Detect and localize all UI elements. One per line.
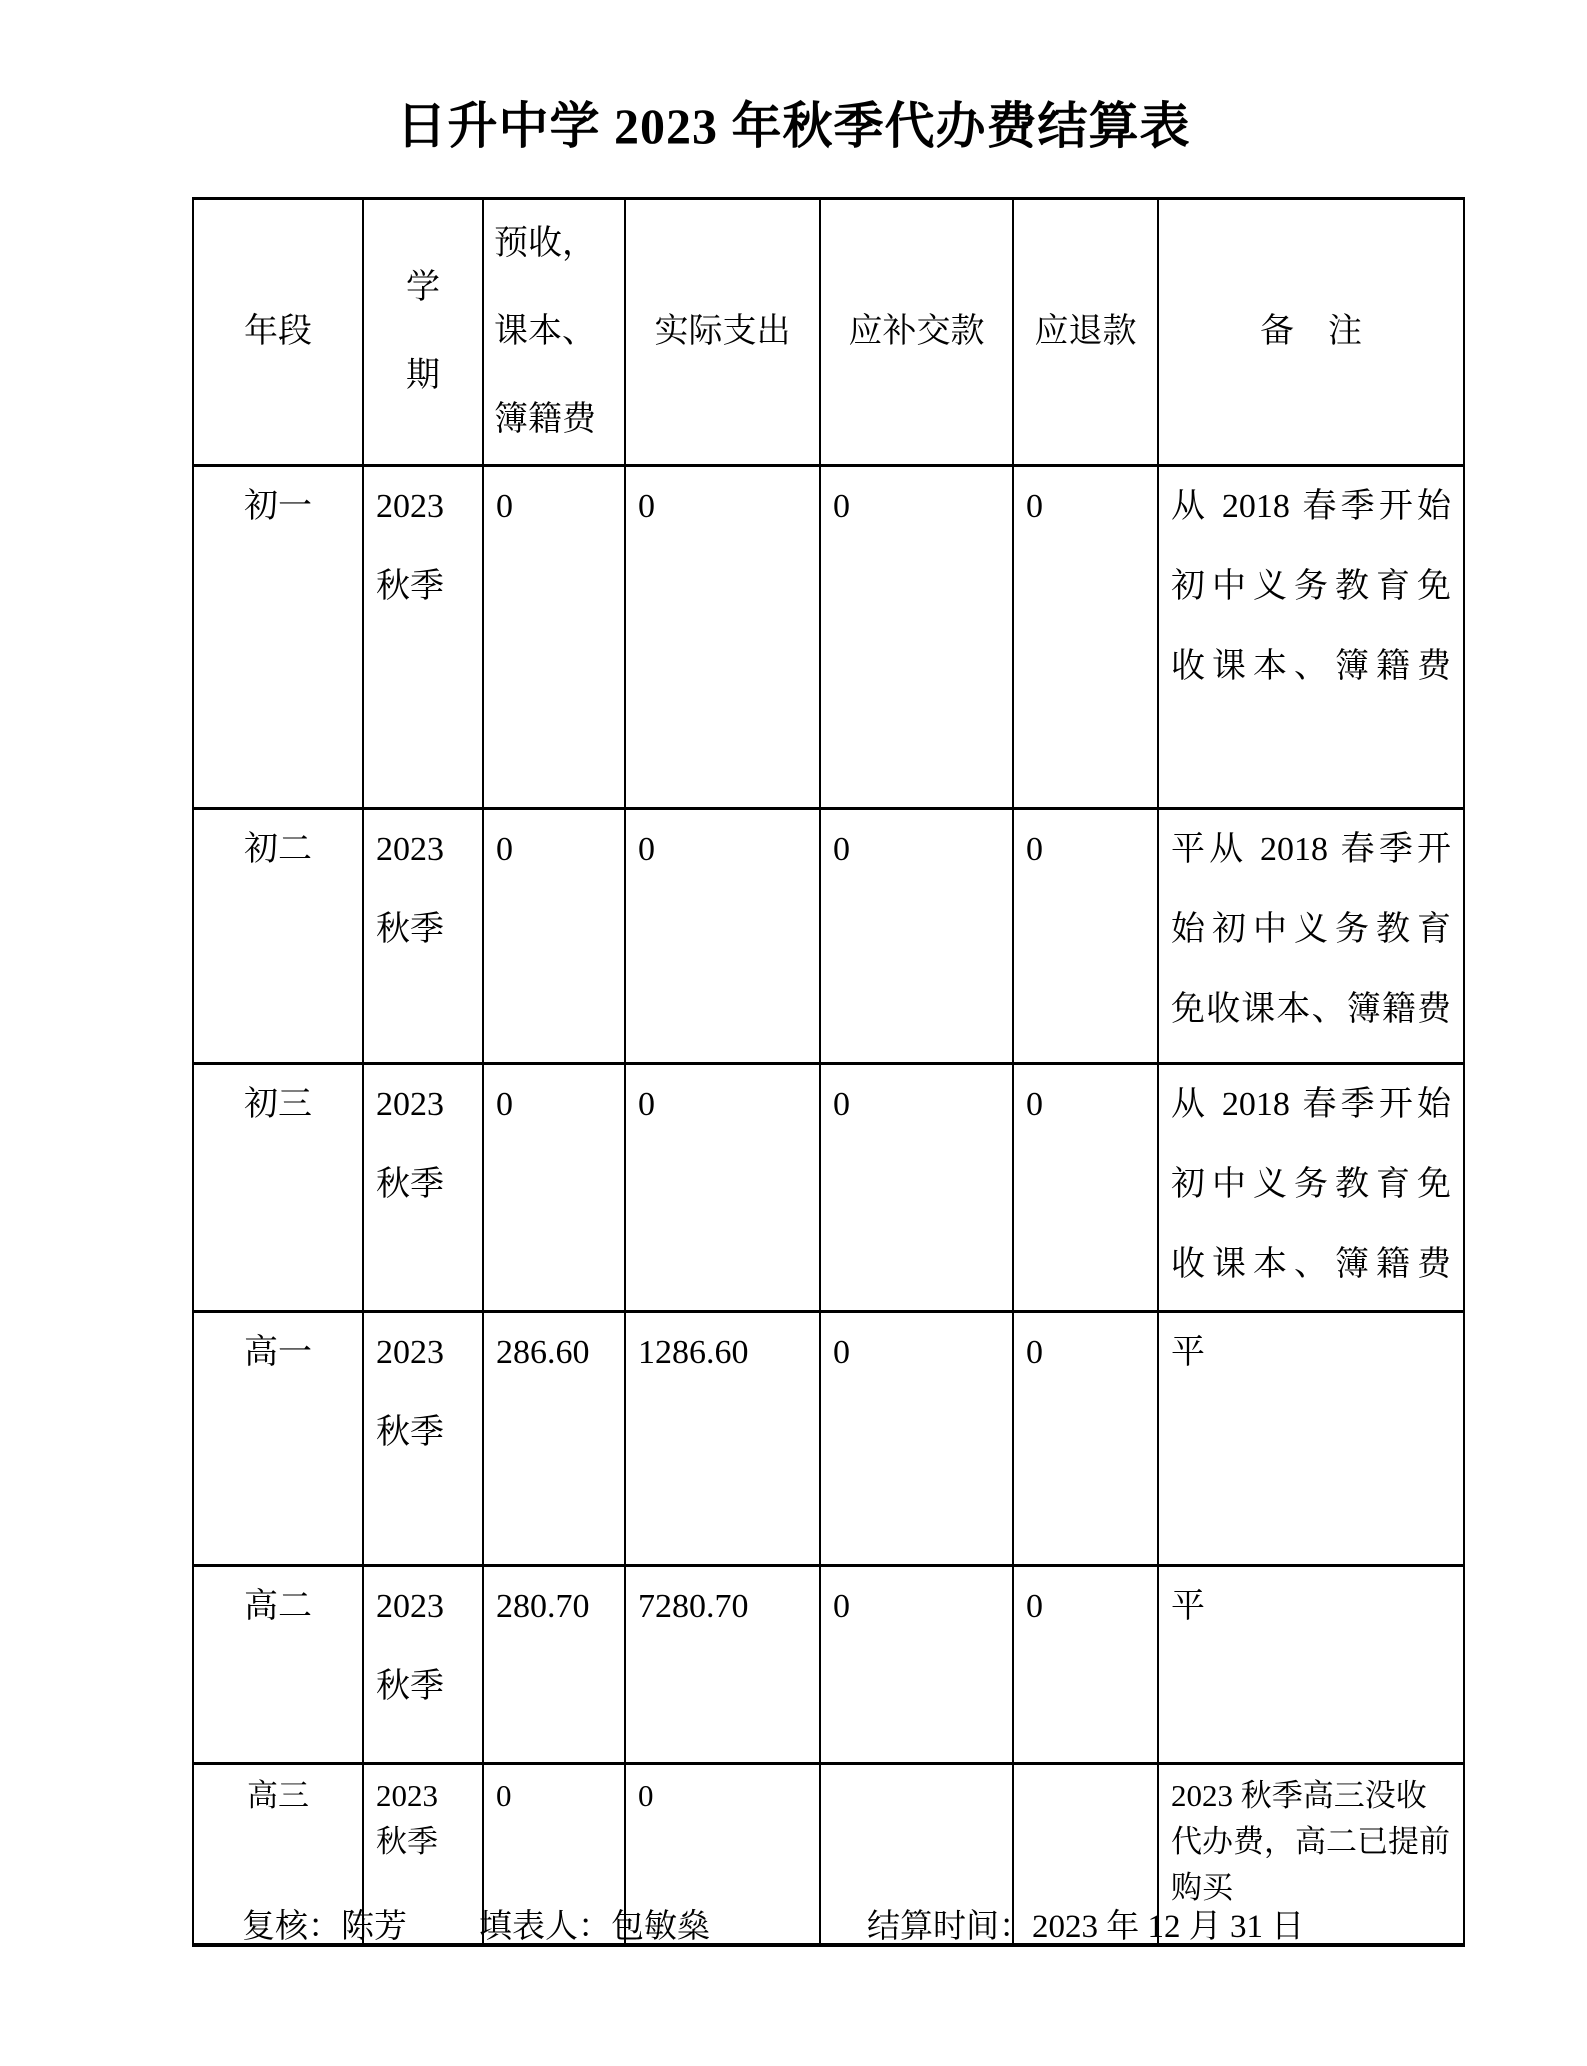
preparer-field: 填表人：包敏燊 xyxy=(479,1903,710,1951)
cell-remark: 平 xyxy=(1158,1566,1464,1764)
line: 初中义务教育免 xyxy=(1171,1145,1451,1225)
line: 从 2018 春季开始 xyxy=(1171,1065,1451,1145)
line: 秋季 xyxy=(376,1647,470,1727)
cell-refund: 0 xyxy=(1013,1064,1158,1312)
cell-semester: 2023 秋季 xyxy=(363,1064,483,1312)
cell-actual: 0 xyxy=(625,1064,820,1312)
cell-refund: 0 xyxy=(1013,1312,1158,1566)
cell-precollect: 0 xyxy=(483,809,625,1064)
header-grade: 年段 xyxy=(193,199,363,466)
cell-remark: 平 xyxy=(1158,1312,1464,1566)
preparer-name: 包敏燊 xyxy=(611,1909,710,1945)
cell-semester: 2023 秋季 xyxy=(363,1312,483,1566)
line: 平从 2018 春季开 xyxy=(1171,810,1451,890)
line: 秋季 xyxy=(376,1819,470,1865)
cell-actual: 1286.60 xyxy=(625,1312,820,1566)
header-precollect-fee: 预收， 课本、 簿籍费 xyxy=(483,199,625,466)
cell-precollect: 280.70 xyxy=(483,1566,625,1764)
cell-actual: 7280.70 xyxy=(625,1566,820,1764)
cell-grade: 高二 xyxy=(193,1566,363,1764)
cell-precollect: 0 xyxy=(483,466,625,809)
line: 学 xyxy=(376,244,470,332)
line: 秋季 xyxy=(376,1145,470,1225)
table-row-grade8: 初二 2023 秋季 0 0 0 0 平从 2018 春季开 始初中义务教育 免… xyxy=(193,809,1464,1064)
line: 平 xyxy=(1171,1567,1451,1647)
cell-makeup: 0 xyxy=(820,466,1013,809)
line: 2023 xyxy=(376,467,470,547)
cell-remark: 从 2018 春季开始 初中义务教育免 收课本、簿籍费 xyxy=(1158,466,1464,809)
cell-semester: 2023 秋季 xyxy=(363,466,483,809)
cell-refund: 0 xyxy=(1013,466,1158,809)
cell-refund: 0 xyxy=(1013,809,1158,1064)
line: 簿籍费 xyxy=(494,376,612,464)
header-refund: 应退款 xyxy=(1013,199,1158,466)
line: 从 2018 春季开始 xyxy=(1171,467,1451,547)
table-row-grade10: 高一 2023 秋季 286.60 1286.60 0 0 平 xyxy=(193,1312,1464,1566)
cell-semester: 2023 秋季 xyxy=(363,1566,483,1764)
line: 2023 xyxy=(376,1567,470,1647)
reviewer-field: 复核：陈芳 xyxy=(242,1903,407,1951)
line: 平 xyxy=(1171,1313,1451,1393)
document-page: 日升中学 2023 年秋季代办费结算表 年段 学 期 预收， 课本、 簿籍费 实… xyxy=(0,0,1587,2066)
line: 2023 xyxy=(376,1313,470,1393)
settlement-time-label: 结算时间： xyxy=(867,1909,1032,1945)
table-header-row: 年段 学 期 预收， 课本、 簿籍费 实际支出 应补交款 应退款 备 注 xyxy=(193,199,1464,466)
cell-actual: 0 xyxy=(625,466,820,809)
header-remarks: 备 注 xyxy=(1158,199,1464,466)
cell-precollect: 0 xyxy=(483,1064,625,1312)
preparer-label: 填表人： xyxy=(479,1909,611,1945)
line: 收课本、簿籍费 xyxy=(1171,1225,1451,1305)
line: 秋季 xyxy=(376,547,470,627)
line: 2023 xyxy=(376,1773,470,1819)
line: 2023 xyxy=(376,1065,470,1145)
cell-grade: 初二 xyxy=(193,809,363,1064)
footer: 复核：陈芳 填表人：包敏燊 结算时间：2023 年 12 月 31 日 xyxy=(0,1903,1587,1953)
fee-settlement-table: 年段 学 期 预收， 课本、 簿籍费 实际支出 应补交款 应退款 备 注 初一 … xyxy=(192,197,1465,1947)
cell-actual: 0 xyxy=(625,809,820,1064)
cell-makeup: 0 xyxy=(820,1064,1013,1312)
reviewer-label: 复核： xyxy=(242,1909,341,1945)
line: 课本、 xyxy=(494,288,612,376)
settlement-time-field: 结算时间：2023 年 12 月 31 日 xyxy=(867,1903,1304,1951)
cell-remark: 平从 2018 春季开 始初中义务教育 免收课本、簿籍费 xyxy=(1158,809,1464,1064)
table-row-grade7: 初一 2023 秋季 0 0 0 0 从 2018 春季开始 初中义务教育免 收… xyxy=(193,466,1464,809)
cell-precollect: 286.60 xyxy=(483,1312,625,1566)
cell-makeup: 0 xyxy=(820,1312,1013,1566)
cell-makeup: 0 xyxy=(820,809,1013,1064)
line: 秋季 xyxy=(376,890,470,970)
line: 初中义务教育免 xyxy=(1171,547,1451,627)
cell-makeup: 0 xyxy=(820,1566,1013,1764)
line: 预收， xyxy=(494,200,612,288)
line: 期 xyxy=(376,332,470,420)
cell-grade: 高一 xyxy=(193,1312,363,1566)
header-actual-expense: 实际支出 xyxy=(625,199,820,466)
table-row-grade11: 高二 2023 秋季 280.70 7280.70 0 0 平 xyxy=(193,1566,1464,1764)
line: 始初中义务教育 xyxy=(1171,890,1451,970)
cell-refund: 0 xyxy=(1013,1566,1158,1764)
line: 收课本、簿籍费 xyxy=(1171,627,1451,707)
reviewer-name: 陈芳 xyxy=(341,1909,407,1945)
line: 免收课本、簿籍费 xyxy=(1171,970,1451,1050)
settlement-time-value: 2023 年 12 月 31 日 xyxy=(1032,1909,1304,1945)
cell-grade: 初一 xyxy=(193,466,363,809)
line: 2023 秋季高三没收 xyxy=(1171,1773,1451,1819)
header-semester: 学 期 xyxy=(363,199,483,466)
cell-remark: 从 2018 春季开始 初中义务教育免 收课本、簿籍费 xyxy=(1158,1064,1464,1312)
line: 秋季 xyxy=(376,1393,470,1473)
page-title: 日升中学 2023 年秋季代办费结算表 xyxy=(0,86,1587,158)
line: 2023 xyxy=(376,810,470,890)
table-row-grade9: 初三 2023 秋季 0 0 0 0 从 2018 春季开始 初中义务教育免 收… xyxy=(193,1064,1464,1312)
cell-semester: 2023 秋季 xyxy=(363,809,483,1064)
cell-grade: 初三 xyxy=(193,1064,363,1312)
header-makeup-payment: 应补交款 xyxy=(820,199,1013,466)
line: 代办费，高二已提前 xyxy=(1171,1819,1451,1865)
